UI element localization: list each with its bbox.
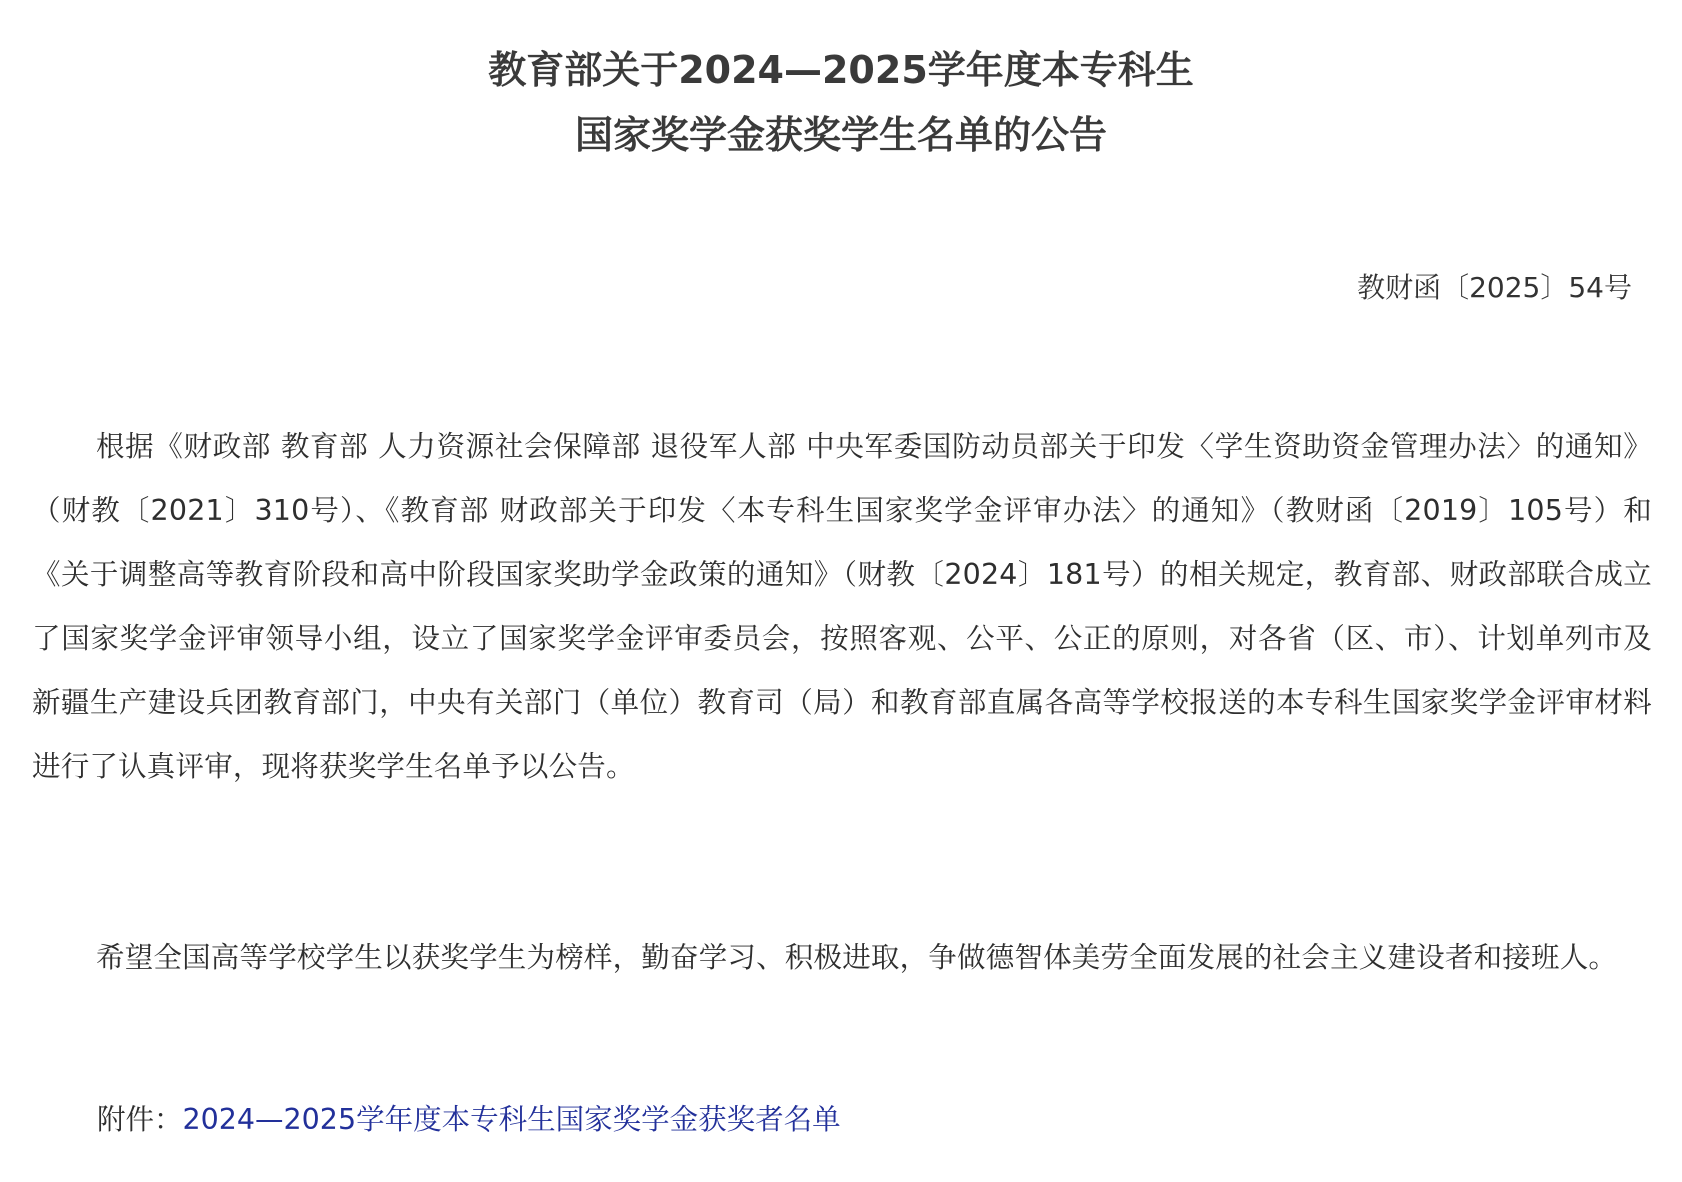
attachment-line: 附件：2024—2025学年度本专科生国家奖学金获奖者名单: [97, 1096, 841, 1144]
attachment-label: 附件：: [97, 1103, 183, 1136]
document-number: 教财函〔2025〕54号: [1357, 268, 1632, 308]
body-paragraph-1: 根据《财政部 教育部 人力资源社会保障部 退役军人部 中央军委国防动员部关于印发…: [32, 415, 1652, 799]
attachment-link[interactable]: 2024—2025学年度本专科生国家奖学金获奖者名单: [183, 1103, 841, 1136]
document-title-line-1: 教育部关于2024—2025学年度本专科生: [0, 46, 1682, 94]
document-title-line-2: 国家奖学金获奖学生名单的公告: [0, 111, 1682, 159]
body-paragraph-2: 希望全国高等学校学生以获奖学生为榜样，勤奋学习、积极进取，争做德智体美劳全面发展…: [32, 926, 1652, 990]
